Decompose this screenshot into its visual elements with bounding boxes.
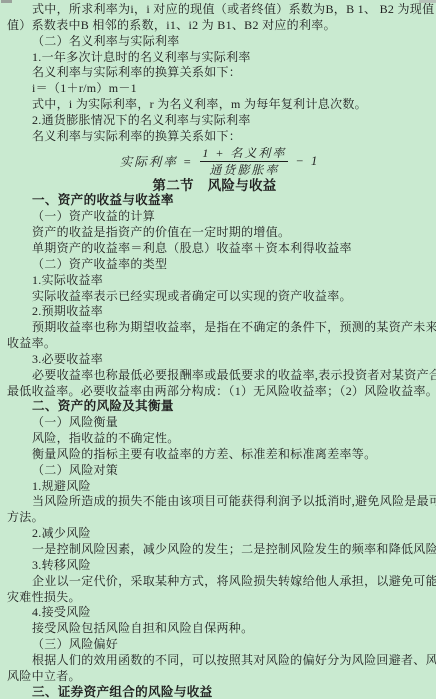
text-line: 根据人们的效用函数的不同，可以按照其对风险的偏好分为风险回避者、风险追求者和: [7, 653, 432, 669]
text-line: 接受风险包括风险自担和风险自保两种。: [7, 621, 432, 637]
text-line: 2.通货膨胀情况下的名义利率与实际利率: [7, 113, 432, 129]
text-line: 实际收益率表示已经实现或者确定可以实现的资产收益率。: [7, 289, 432, 305]
text-line: 1.规避风险: [7, 479, 432, 495]
text-line: 预期收益率也称为期望收益率，是指在不确定的条件下，预测的某资产未来可能实现的: [7, 320, 432, 336]
section-heading: 二、资产的风险及其衡量: [7, 399, 432, 415]
text-line: 收益率。: [7, 336, 432, 352]
document-page: 式中，所求利率为i，i 对应的现值（或者终值）系数为B，B 1、 B2 为现值（…: [0, 0, 436, 699]
text-line: 名义利率与实际利率的换算关系如下：: [7, 65, 432, 81]
text-line: （一）风险衡量: [7, 415, 432, 431]
document-body: 式中，所求利率为i，i 对应的现值（或者终值）系数为B，B 1、 B2 为现值（…: [7, 2, 432, 699]
text-line: i＝（1＋r/m）m－1: [7, 81, 432, 97]
real-rate-inflation-formula: 实际利率 =1 + 名义利率通货膨胀率− 1: [7, 145, 432, 178]
text-line: 企业以一定代价，采取某种方式，将风险损失转嫁给他人承担，以避免可能给企业带来: [7, 574, 432, 590]
text-line: （二）名义利率与实际利率: [7, 34, 432, 50]
text-line: 单期资产的收益率＝利息（股息）收益率＋资本利得收益率: [7, 241, 432, 257]
text-line: （三）风险偏好: [7, 637, 432, 653]
text-line: 风险，指收益的不确定性。: [7, 431, 432, 447]
text-line: 风险中立者。: [7, 669, 432, 685]
formula-numerator: 1 + 名义利率: [200, 146, 288, 162]
text-line: 值）系数表中B 相邻的系数，i1、i2 为 B1、B2 对应的利率。: [7, 18, 432, 34]
text-line: 式中，所求利率为i，i 对应的现值（或者终值）系数为B，B 1、 B2 为现值（…: [7, 2, 432, 18]
text-line: 灾难性损失。: [7, 590, 432, 606]
text-line: 2.预期收益率: [7, 304, 432, 320]
section-title: 第二节 风险与收益: [7, 178, 432, 194]
text-line: 3.转移风险: [7, 558, 432, 574]
text-line: 式中，i 为实际利率，r 为名义利率，m 为每年复利计息次数。: [7, 97, 432, 113]
text-line: 方法。: [7, 510, 432, 526]
text-line: （二）风险对策: [7, 463, 432, 479]
text-line: 资产的收益是指资产的价值在一定时期的增值。: [7, 225, 432, 241]
text-line: （二）资产收益率的类型: [7, 257, 432, 273]
text-line: 最低收益率。必要收益率由两部分构成：（1）无风险收益率；（2）风险收益率。: [7, 384, 432, 400]
formula-tail: − 1: [295, 154, 319, 169]
text-line: 3.必要收益率: [7, 352, 432, 368]
text-line: 4.接受风险: [7, 605, 432, 621]
text-line: 名义利率与实际利率的换算关系如下：: [7, 129, 432, 145]
text-line: 衡量风险的指标主要有收益率的方差、标准差和标准离差率等。: [7, 447, 432, 463]
section-heading: 一、资产的收益与收益率: [7, 193, 432, 209]
text-line: 一是控制风险因素，减少风险的发生；二是控制风险发生的频率和降低风险损害程度。: [7, 542, 432, 558]
text-line: 2.减少风险: [7, 526, 432, 542]
text-line: 当风险所造成的损失不能由该项目可能获得利润予以抵消时,避免风险是最可行的简单: [7, 494, 432, 510]
text-line: 1.实际收益率: [7, 273, 432, 289]
text-line: 1.一年多次计息时的名义利率与实际利率: [7, 50, 432, 66]
formula-fraction: 1 + 名义利率通货膨胀率: [200, 146, 288, 177]
text-line: 必要收益率也称最低必要报酬率或最低要求的收益率,表示投资者对某资产合理要求的: [7, 368, 432, 384]
formula-denominator: 通货膨胀率: [200, 162, 288, 177]
section-heading: 三、证券资产组合的风险与收益: [7, 685, 432, 699]
formula-lhs: 实际利率 =: [120, 152, 194, 170]
text-line: （一）资产收益的计算: [7, 209, 432, 225]
